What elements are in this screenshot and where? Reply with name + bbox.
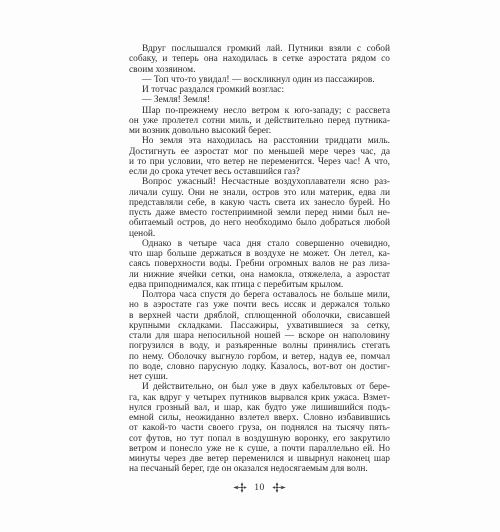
text-line: представляли себе, в какую часть света и… [129,198,390,208]
fleuron-arrow-right-icon [272,482,286,493]
paragraph: Вопрос ужасный! Несчастные воздухоплават… [129,177,390,239]
text-line: Вопрос ужасный! Несчастные воздухоплават… [129,177,390,187]
text-line: он уже пролетел сотни миль, и действител… [129,116,390,126]
page-number: 10 [254,482,265,493]
text-line: на песчаный берег, где он оказался недос… [129,464,390,474]
paragraph: И тотчас раздался громкий возглас: [129,85,390,95]
text-line: емной силы, неожиданно взлетел вверх. Сл… [129,413,390,423]
text-line: нулся грозный вал, и шар, как будто уже … [129,403,390,413]
text-line: Вдруг послышался громкий лай. Путники вз… [129,44,390,54]
text-line: саясь поверхности воды. Гребни огромных … [129,259,390,269]
text-line: погрузился в воду, и разъяренные волны п… [129,341,390,351]
text-line: собаку, и теперь она находилась в сетке … [129,54,390,64]
text-line: И тотчас раздался громкий возглас: [129,85,390,95]
page-footer: 10 [129,480,390,494]
text-line: от какой-то части своего груза, он подня… [129,423,390,433]
text-line: Но земля эта находилась на расстоянии тр… [129,136,390,146]
paragraph: Шар по-прежнему несло ветром к юго-запад… [129,106,390,137]
text-line: сот футов, но тут попал в воздушную воро… [129,434,390,444]
paragraph: — Топ что-то увидал! — воскликнул один и… [129,75,390,85]
text-line: ценой. [129,229,390,239]
text-line: стали для шара непосильной ношей — вскор… [129,331,390,341]
text-line: И действительно, он был уже в двух кабел… [129,382,390,392]
paragraph: Полтора часа спустя до берега оставалось… [129,290,390,382]
text-line: что шар больше держаться в воздухе не мо… [129,249,390,259]
text-line: личали сушу. Они не знали, остров это ил… [129,188,390,198]
text-line: и то при условии, что ветер не переменит… [129,157,390,167]
paragraph: Однако в четыре часа дня стало совершенн… [129,239,390,290]
text-line: ми возник довольно высокий берег. [129,126,390,136]
paragraph: Но земля эта находилась на расстоянии тр… [129,136,390,177]
fleuron-arrow-left-icon [233,482,247,493]
text-line: своим хозяином. [129,65,390,75]
text-line: крупными складками. Пассажиры, ухвативши… [129,321,390,331]
text-line: в верхней части дряблой, сплющенной обол… [129,311,390,321]
text-line: едва приподнимался, как птица с перебиты… [129,280,390,290]
paragraph: И действительно, он был уже в двух кабел… [129,382,390,474]
text-line: по нему. Оболочку выгнуло горбом, и вете… [129,352,390,362]
text-line: минуты через две ветер переменился и швы… [129,454,390,464]
text-line: ветром и понесло уже не к суше, а почти … [129,444,390,454]
text-line: Достигнуть ее аэростат мог по меньшей ме… [129,147,390,157]
text-line: Полтора часа спустя до берега оставалось… [129,290,390,300]
book-page: Вдруг послышался громкий лай. Путники вз… [0,0,500,532]
text-line: Однако в четыре часа дня стало совершенн… [129,239,390,249]
page-text-block: Вдруг послышался громкий лай. Путники вз… [129,44,390,475]
text-line: обитаемый остров, до него необходимо был… [129,218,390,228]
paragraph: Вдруг послышался громкий лай. Путники вз… [129,44,390,75]
text-line: ли нижние ячейки сетки, она намокла, отя… [129,270,390,280]
text-line: по воде, словно парусную лодку. Казалось… [129,362,390,372]
text-line: нет суши. [129,372,390,382]
text-line: если до срока утечет весь оставшийся газ… [129,167,390,177]
text-line: Шар по-прежнему несло ветром к юго-запад… [129,106,390,116]
text-line: пусть даже вместо гостеприимной земли пе… [129,208,390,218]
text-line: но в аэростате газ уже почти весь иссяк … [129,300,390,310]
text-line: — Земля! Земля! [129,95,390,105]
text-line: га, как вдруг у четырех путников вырвалс… [129,393,390,403]
text-line: — Топ что-то увидал! — воскликнул один и… [129,75,390,85]
paragraph: — Земля! Земля! [129,95,390,105]
